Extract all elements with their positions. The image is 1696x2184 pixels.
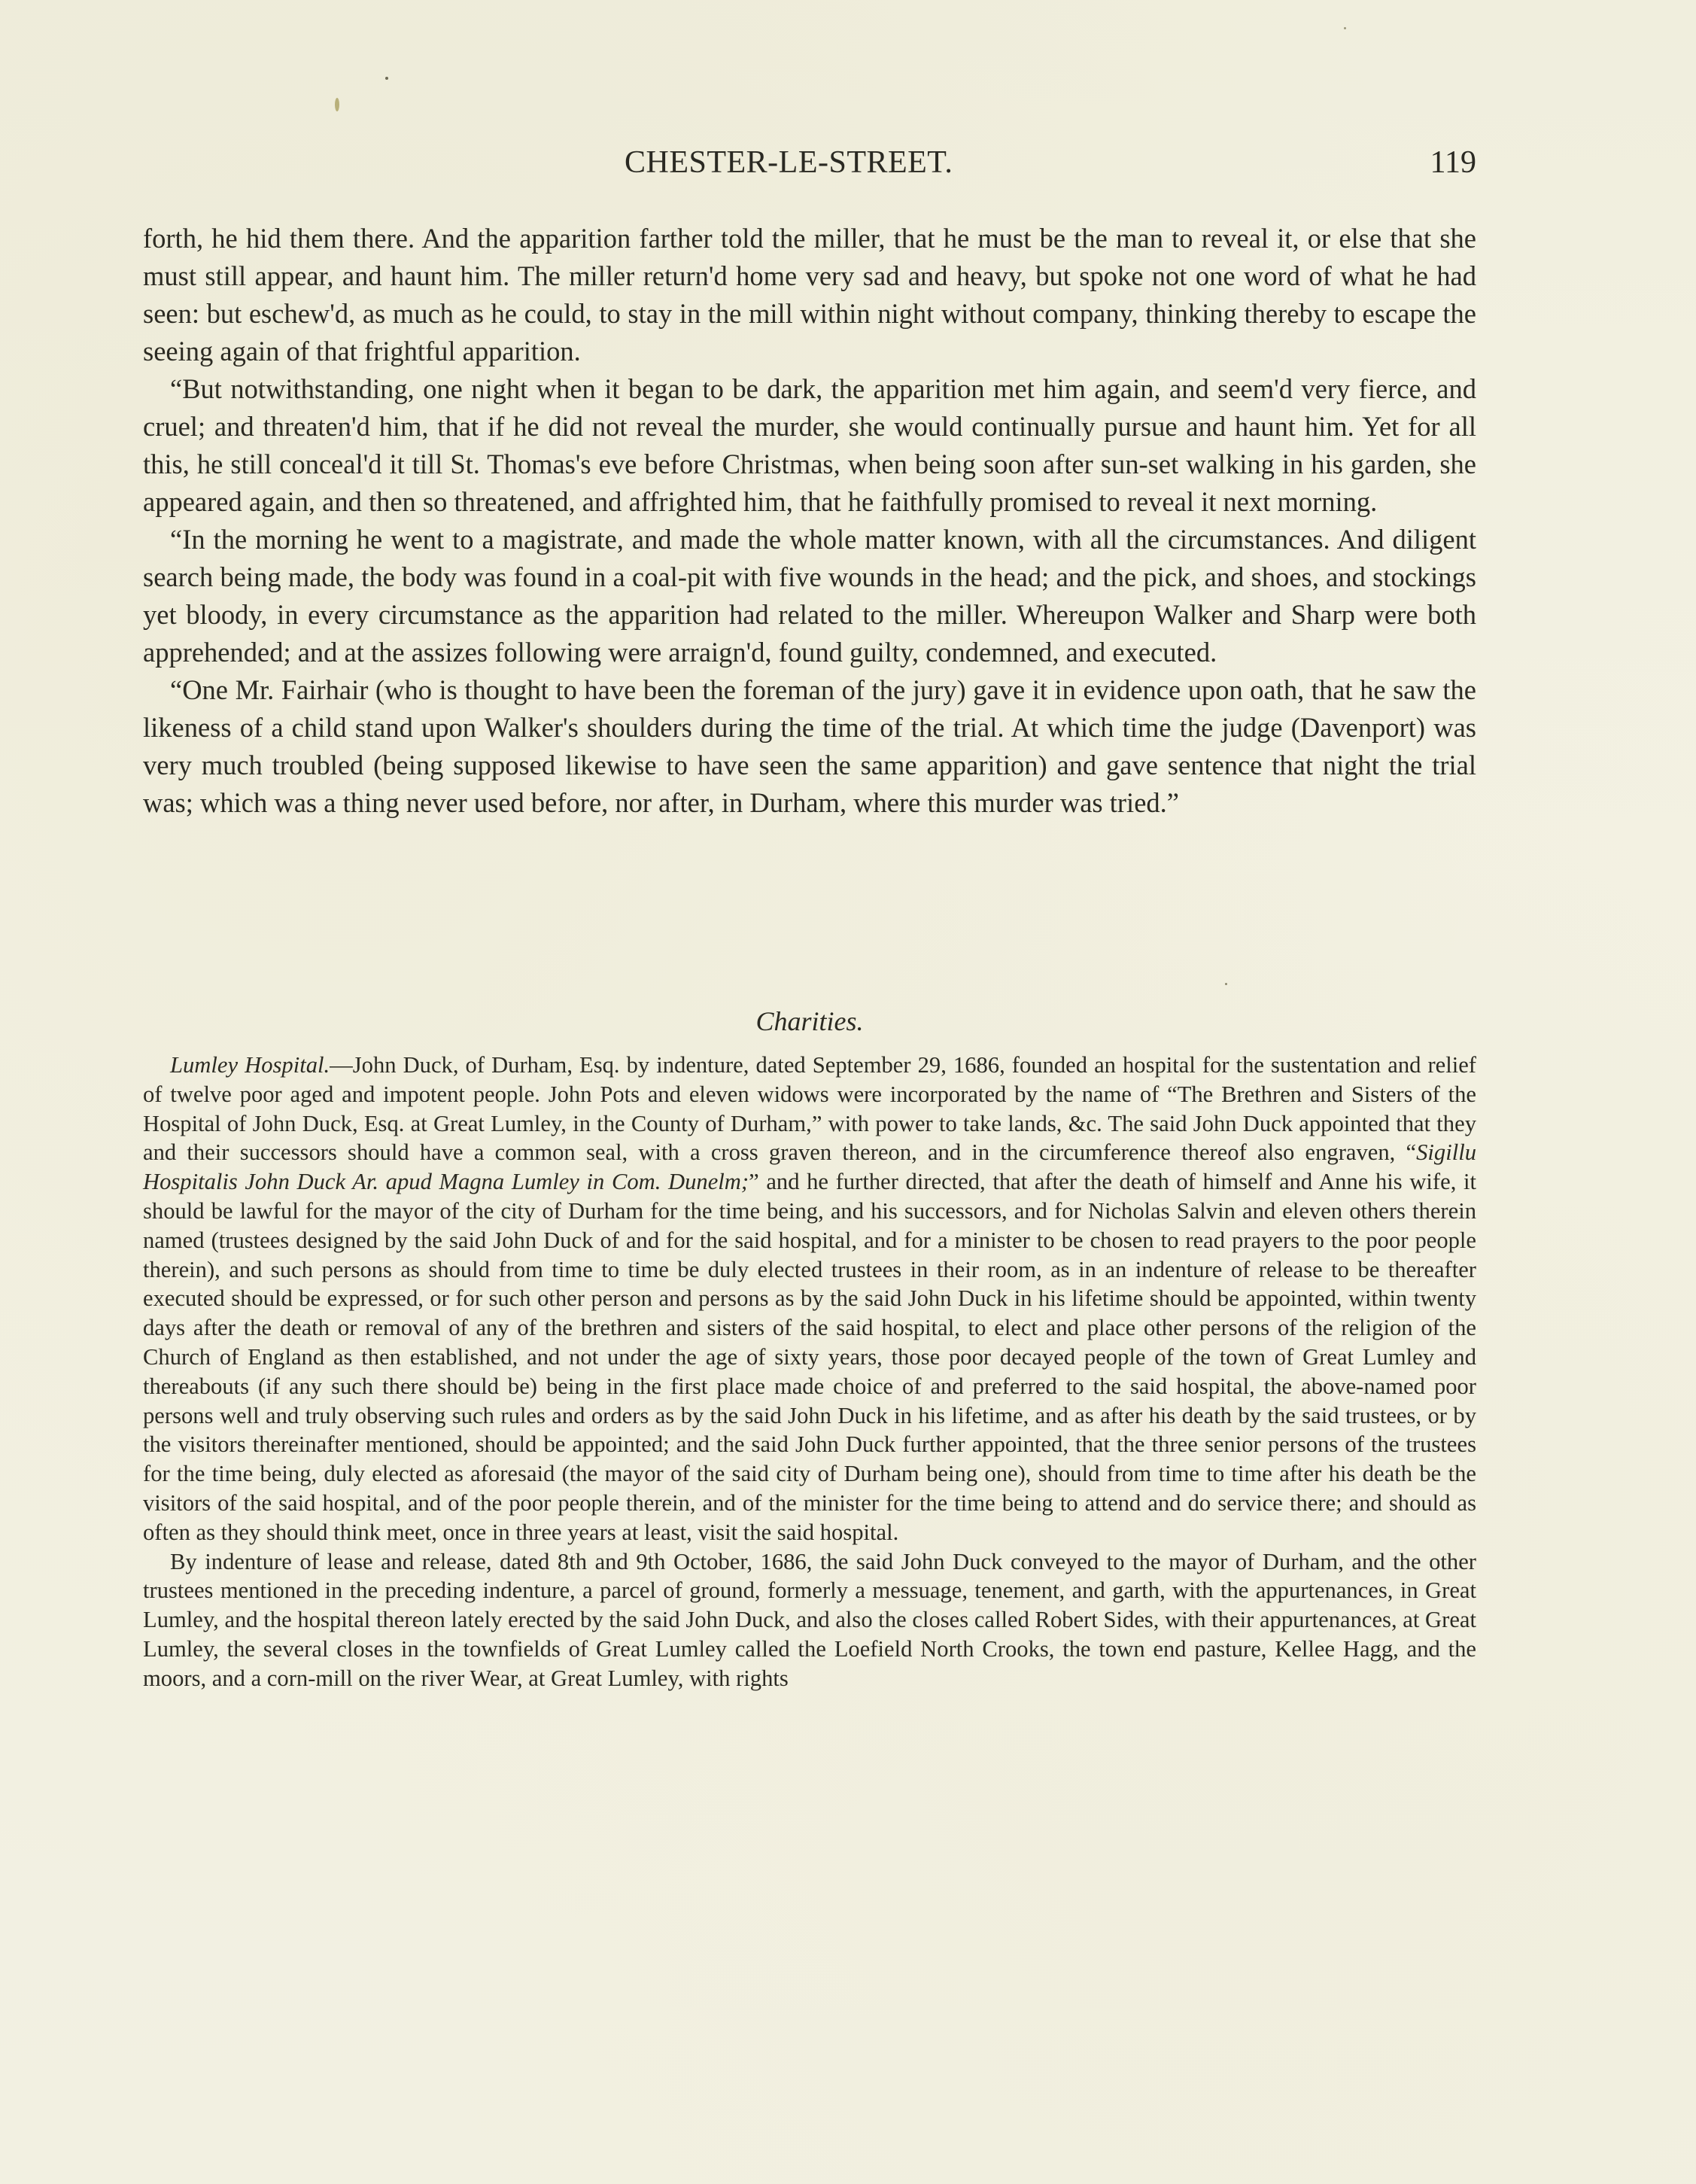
paper-speck (385, 77, 388, 80)
section-heading-charities: Charities. (143, 1002, 1476, 1040)
page-number: 119 (1430, 144, 1476, 181)
paper-speck (1225, 983, 1227, 985)
paragraph-text: —John Duck, of Durham, Esq. by indenture… (143, 1052, 1476, 1165)
charities-text: Lumley Hospital.—John Duck, of Durham, E… (143, 1051, 1476, 1693)
paragraph: forth, he hid them there. And the appari… (143, 220, 1476, 370)
paper-speck (335, 98, 339, 111)
running-title: CHESTER-LE-STREET. (625, 144, 953, 181)
paragraph: “But notwithstanding, one night when it … (143, 370, 1476, 521)
paragraph-indenture: By indenture of lease and release, dated… (143, 1547, 1476, 1693)
narrative-text: forth, he hid them there. And the appari… (143, 220, 1476, 822)
lead-italic-title: Lumley Hospital. (170, 1052, 330, 1078)
paragraph: “One Mr. Fairhair (who is thought to hav… (143, 671, 1476, 822)
paragraph: “In the morning he went to a magistrate,… (143, 521, 1476, 671)
running-head: CHESTER-LE-STREET. 119 (143, 144, 1476, 190)
paper-speck (1344, 27, 1346, 29)
paragraph-text: ” and he further directed, that after th… (143, 1169, 1476, 1545)
paragraph-lumley-hospital: Lumley Hospital.—John Duck, of Durham, E… (143, 1051, 1476, 1547)
